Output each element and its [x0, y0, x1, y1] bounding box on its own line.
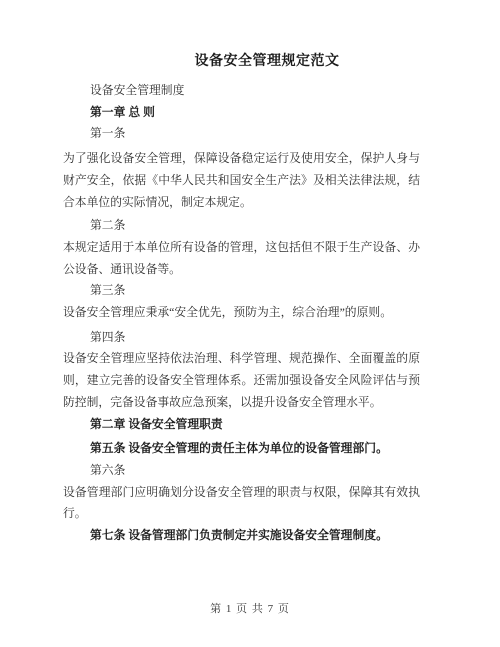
text-line: 公设备、通讯设备等。 — [63, 259, 420, 281]
article-item: 第四条 — [63, 327, 420, 349]
text-line: 第五条 设备安全管理的责任主体为单位的设备管理部门。 — [90, 438, 420, 460]
text-line: 设备安全管理应坚持依法治理、科学管理、规范操作、全面覆盖的原 — [63, 348, 420, 370]
text-line: 设备安全管理制度 — [90, 80, 420, 102]
text-line: 本规定适用于本单位所有设备的管理，这包括但不限于生产设备、办 — [63, 237, 420, 259]
section-heading: 第一章 总 则 — [63, 102, 420, 124]
text-line: 第七条 设备管理部门负责制定并实施设备安全管理制度。 — [90, 525, 420, 547]
text-line: 为了强化设备安全管理，保障设备稳定运行及使用安全，保护人身与 — [63, 148, 420, 170]
paragraph: 本规定适用于本单位所有设备的管理，这包括但不限于生产设备、办公设备、通讯设备等。 — [63, 237, 420, 280]
text-line: 设备管理部门应明确划分设备安全管理的职责与权限，保障其有效执 — [63, 482, 420, 504]
text-line: 第一章 总 则 — [90, 102, 420, 124]
text-line: 财产安全，依据《中华人民共和国安全生产法》及相关法律法规，结 — [63, 170, 420, 192]
article-item: 第七条 设备管理部门负责制定并实施设备安全管理制度。 — [63, 525, 420, 547]
paragraph: 设备管理部门应明确划分设备安全管理的职责与权限，保障其有效执行。 — [63, 482, 420, 525]
paragraph: 设备安全管理应坚持依法治理、科学管理、规范操作、全面覆盖的原则，建立完善的设备安… — [63, 348, 420, 413]
text-line: 第二章 设备安全管理职责 — [90, 414, 420, 436]
article-item: 设备安全管理制度 — [63, 80, 420, 102]
text-line: 第二条 — [90, 215, 420, 237]
text-line: 设备安全管理应秉承“安全优先，预防为主，综合治理”的原则。 — [63, 302, 420, 324]
section-heading: 第二章 设备安全管理职责 — [63, 414, 420, 436]
text-line: 合本单位的实际情况，制定本规定。 — [63, 192, 420, 214]
text-line: 则，建立完善的设备安全管理体系。还需加强设备安全风险评估与预 — [63, 370, 420, 392]
article-item: 第五条 设备安全管理的责任主体为单位的设备管理部门。 — [63, 438, 420, 460]
text-line: 第一条 — [90, 123, 420, 145]
text-line: 第三条 — [90, 280, 420, 302]
document-title: 设备安全管理规定范文 — [34, 52, 500, 71]
paragraph: 为了强化设备安全管理，保障设备稳定运行及使用安全，保护人身与财产安全，依据《中华… — [63, 148, 420, 213]
article-item: 第二条 — [63, 215, 420, 237]
text-line: 第四条 — [90, 327, 420, 349]
article-item: 第三条 — [63, 280, 420, 302]
article-item: 第六条 — [63, 460, 420, 482]
document-page: 设备安全管理规定范文 设备安全管理制度第一章 总 则第一条为了强化设备安全管理，… — [0, 0, 500, 647]
page-number: 第 1 页 共 7 页 — [0, 601, 500, 617]
text-line: 行。 — [63, 503, 420, 525]
paragraph: 设备安全管理应秉承“安全优先，预防为主，综合治理”的原则。 — [63, 302, 420, 324]
document-body: 设备安全管理制度第一章 总 则第一条为了强化设备安全管理，保障设备稳定运行及使用… — [63, 80, 420, 547]
text-line: 防控制，完备设备事故应急预案，以提升设备安全管理水平。 — [63, 392, 420, 414]
article-item: 第一条 — [63, 123, 420, 145]
text-line: 第六条 — [90, 460, 420, 482]
